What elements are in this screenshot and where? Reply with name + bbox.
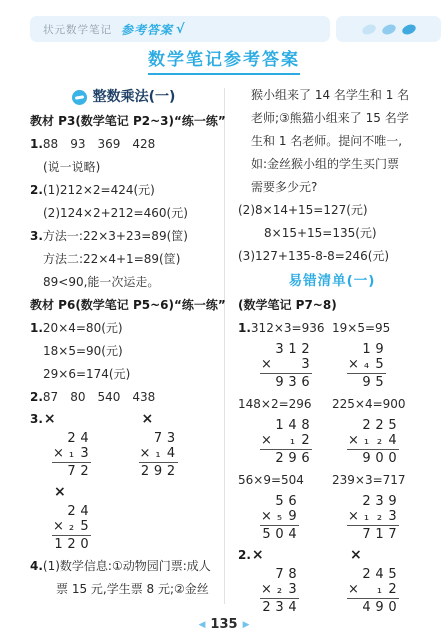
digit-cell: ₂ xyxy=(373,433,386,448)
vertical-multiplication: 19×₄595 xyxy=(347,342,386,390)
digit-cell: 1 xyxy=(286,342,299,357)
digit-cell: 3 xyxy=(373,494,386,509)
digit-cell: × xyxy=(260,509,273,524)
digit-cell: 1 xyxy=(373,527,386,542)
answer-line: 8×15+15=135(元) xyxy=(238,222,426,245)
digit-cell: 5 xyxy=(373,357,386,372)
vmult-right-slot: 73×₁4292 xyxy=(124,431,218,479)
digit-cell xyxy=(260,494,273,509)
vmult-right-slot: 245×₁2490 xyxy=(332,567,426,615)
answer-line: 89<90,能一次运走。 xyxy=(30,271,217,294)
brand-text: 状元数学笔记 xyxy=(43,22,112,37)
digit-cell: ₅ xyxy=(273,509,286,524)
answer-text: 225×4=900 xyxy=(332,393,406,416)
digit-cell: ₁ xyxy=(65,446,78,461)
digit-cell: × xyxy=(347,433,360,448)
digit-cell: 9 xyxy=(286,509,299,524)
digit-cell xyxy=(347,342,360,357)
equation-left: 56×9=504 xyxy=(238,469,332,492)
page-title: 数学笔记参考答案 xyxy=(0,45,448,70)
vmult-left-slot: 312×3936 xyxy=(238,342,332,390)
answer-line: 1.88 93 369 428 xyxy=(30,133,217,156)
digit-cell: 3 xyxy=(286,375,299,390)
vm-row-mul: ×₁2 xyxy=(347,582,399,599)
digit-cell xyxy=(360,582,373,597)
equation-left: 1.312×3=936 xyxy=(238,317,332,340)
textbook-ref-line: 教材 P6(数学笔记 P5~6)“练一练” xyxy=(30,294,217,317)
answer-line: (说一说略) xyxy=(30,156,217,179)
digit-cell: 7 xyxy=(65,464,78,479)
digit-cell: × xyxy=(347,582,360,597)
header-decoration-badge xyxy=(336,16,441,42)
vm-row-top: 225 xyxy=(347,418,399,433)
vm-row-top: 245 xyxy=(347,567,399,582)
digit-cell: × xyxy=(52,519,65,534)
item-number: 2. xyxy=(238,548,251,562)
digit-cell: ₁ xyxy=(360,433,373,448)
answer-line: 1.20×4=80(元) xyxy=(30,317,217,340)
item-number: 2. xyxy=(30,183,43,197)
vmult-left-slot: 24×₁372 xyxy=(30,431,124,479)
digit-cell: 2 xyxy=(360,567,373,582)
answer-text: (1)212×2=424(元) xyxy=(43,183,155,197)
answer-text: 87 80 540 438 xyxy=(43,390,155,404)
answer-line: 生和 1 名老师。提问不唯一, xyxy=(238,130,426,153)
answer-text: 56×9=504 xyxy=(238,469,304,492)
digit-cell xyxy=(260,451,273,466)
digit-cell xyxy=(347,418,360,433)
vertical-multiplication: 245×₁2490 xyxy=(347,567,399,615)
vm-row-res: 296 xyxy=(260,451,312,466)
vm-row-mul: ×₁₂4 xyxy=(347,433,399,450)
answer-text: (2)8×14+15=127(元) xyxy=(238,203,368,217)
equation-right: 19×5=95 xyxy=(332,317,426,340)
answer-text: 票 15 元,学生票 8 元;②金丝 xyxy=(56,582,209,596)
digit-cell: 7 xyxy=(386,527,399,542)
digit-cell: × xyxy=(347,509,360,524)
digit-cell: 8 xyxy=(286,567,299,582)
answer-line: (2)124×2+212=460(元) xyxy=(30,202,217,225)
digit-cell: 9 xyxy=(360,375,373,390)
digit-cell: 1 xyxy=(273,418,286,433)
brand-answer-label: 参考答案 xyxy=(121,21,173,38)
equation-pair: 148×2=296225×4=900 xyxy=(238,393,426,416)
digit-cell: 4 xyxy=(386,433,399,448)
vm-row-res: 900 xyxy=(347,451,399,466)
digit-cell: 0 xyxy=(78,537,91,552)
answer-line: 方法二:22×4+1=89(筐) xyxy=(30,248,217,271)
vm-row-top: 56 xyxy=(260,494,299,509)
digit-cell: 0 xyxy=(273,527,286,542)
sub-section-heading: 易错清单(一) xyxy=(238,268,426,294)
next-page-icon: ▶ xyxy=(243,620,250,630)
cross-mark-icon: × xyxy=(350,545,362,565)
equation-right: 225×4=900 xyxy=(332,393,426,416)
vm-row-top: 312 xyxy=(260,342,312,357)
answer-text: (2)124×2+212=460(元) xyxy=(43,206,188,220)
vm-row-top: 148 xyxy=(260,418,312,433)
digit-cell: ₁ xyxy=(152,446,165,461)
grading-right: × xyxy=(124,409,218,429)
vertical-multiplication-row: 148×₁2296225×₁₂4900 xyxy=(238,418,426,466)
digit-cell: 1 xyxy=(52,537,65,552)
digit-cell: × xyxy=(260,357,273,372)
column-divider xyxy=(224,88,225,604)
digit-cell: 5 xyxy=(386,567,399,582)
vmult-left-slot: 24×₂5120 xyxy=(30,504,124,552)
digit-cell xyxy=(273,433,286,448)
answer-text: (1)数学信息:①动物园门票:成人 xyxy=(43,559,211,573)
textbook-ref-line: (数学笔记 P7~8) xyxy=(238,294,426,317)
header-brand-badge: 状元数学笔记 参考答案 √ xyxy=(30,16,330,42)
digit-cell: 7 xyxy=(273,567,286,582)
vertical-multiplication-row: 56×₅9504239×₁₂3717 xyxy=(238,494,426,542)
vm-row-res: 717 xyxy=(347,527,399,542)
digit-cell: 2 xyxy=(65,431,78,446)
left-column: 整数乘法(一)教材 P3(数学笔记 P2~3)“练一练”1.88 93 369 … xyxy=(30,84,217,601)
digit-cell: 9 xyxy=(386,494,399,509)
digit-cell: × xyxy=(260,433,273,448)
vertical-multiplication-row: 24×₁37273×₁4292 xyxy=(30,431,217,479)
answer-text: 148×2=296 xyxy=(238,393,312,416)
digit-cell: ₂ xyxy=(373,509,386,524)
digit-cell: 2 xyxy=(65,537,78,552)
digit-cell: 4 xyxy=(360,600,373,615)
section-heading: 整数乘法(一) xyxy=(30,84,217,110)
digit-cell xyxy=(273,357,286,372)
answer-text: 89<90,能一次运走。 xyxy=(43,275,159,289)
digit-cell: 3 xyxy=(299,357,312,372)
digit-cell xyxy=(260,418,273,433)
digit-cell: 7 xyxy=(152,431,165,446)
cross-mark-icon: × xyxy=(44,409,56,429)
digit-cell: 2 xyxy=(78,464,91,479)
vm-row-res: 72 xyxy=(52,464,91,479)
grading-marks-row: 2.×× xyxy=(238,545,426,565)
equation-pair: 1.312×3=93619×5=95 xyxy=(238,317,426,340)
vm-row-res: 490 xyxy=(347,600,399,615)
digit-cell: ₂ xyxy=(65,519,78,534)
digit-cell: 9 xyxy=(373,342,386,357)
vm-row-mul: ×₂3 xyxy=(260,582,299,599)
vmult-left-slot: 56×₅9504 xyxy=(238,494,332,542)
digit-cell: ₁ xyxy=(373,582,386,597)
digit-cell: 6 xyxy=(299,451,312,466)
digit-cell xyxy=(52,431,65,446)
vm-row-mul: ×3 xyxy=(260,357,312,374)
digit-cell: 2 xyxy=(373,418,386,433)
digit-cell: 2 xyxy=(273,451,286,466)
vm-row-mul: ×₁4 xyxy=(139,446,178,463)
item-number: 4. xyxy=(30,559,43,573)
item-number: 2. xyxy=(30,390,43,404)
digit-cell: 7 xyxy=(360,527,373,542)
answer-text: 20×4=80(元) xyxy=(43,321,123,335)
answer-text: 29×6=174(元) xyxy=(43,367,130,381)
digit-cell: × xyxy=(52,446,65,461)
digit-cell: 4 xyxy=(78,504,91,519)
pencil-circle-icon xyxy=(72,90,87,105)
vm-row-res: 292 xyxy=(139,464,178,479)
digit-cell: 9 xyxy=(373,600,386,615)
digit-cell: 2 xyxy=(386,582,399,597)
digit-cell: 3 xyxy=(165,431,178,446)
digit-cell xyxy=(139,431,152,446)
vm-row-top: 24 xyxy=(52,504,91,519)
answer-line: 如:金丝猴小组的学生买门票 xyxy=(238,153,426,176)
vm-row-mul: ×₂5 xyxy=(52,519,91,536)
item-number: 1. xyxy=(30,137,43,151)
digit-cell: 0 xyxy=(386,600,399,615)
answer-line: 猴小组来了 14 名学生和 1 名 xyxy=(238,84,426,107)
vm-row-res: 936 xyxy=(260,375,312,390)
digit-cell xyxy=(52,464,65,479)
vertical-multiplication-row: 312×393619×₄595 xyxy=(238,342,426,390)
answer-line: 票 15 元,学生票 8 元;②金丝 xyxy=(30,578,217,601)
section-heading-text: 整数乘法(一) xyxy=(93,84,176,110)
digit-cell: 3 xyxy=(273,342,286,357)
cross-mark-icon: × xyxy=(252,545,264,565)
answer-line: 3.方法一:22×3+23=89(筐) xyxy=(30,225,217,248)
answer-text: 方法一:22×3+23=89(筐) xyxy=(43,229,188,243)
cross-mark-icon: × xyxy=(142,409,154,429)
digit-cell xyxy=(347,451,360,466)
answer-text: 如:金丝猴小组的学生买门票 xyxy=(251,157,399,171)
digit-cell: 0 xyxy=(373,451,386,466)
digit-cell: 4 xyxy=(286,527,299,542)
vertical-multiplication: 73×₁4292 xyxy=(139,431,178,479)
leaf-dot-icon xyxy=(360,22,376,36)
vertical-multiplication-row: 78×₂3234245×₁2490 xyxy=(238,567,426,615)
vertical-multiplication: 24×₁372 xyxy=(52,431,91,479)
answer-text: 8×15+15=135(元) xyxy=(264,226,377,240)
digit-cell: 4 xyxy=(165,446,178,461)
digit-cell: 9 xyxy=(286,451,299,466)
answer-line: 老师;③熊猫小组来了 15 名学 xyxy=(238,107,426,130)
digit-cell xyxy=(347,600,360,615)
answer-line: 4.(1)数学信息:①动物园门票:成人 xyxy=(30,555,217,578)
vm-row-top: 19 xyxy=(347,342,386,357)
cross-mark-icon: × xyxy=(54,482,66,502)
grading-left: 3.× xyxy=(30,409,124,429)
digit-cell xyxy=(347,375,360,390)
grading-right: × xyxy=(332,545,426,565)
digit-cell: 5 xyxy=(78,519,91,534)
digit-cell: 6 xyxy=(299,375,312,390)
digit-cell: 5 xyxy=(273,494,286,509)
vm-row-mul: ×₁3 xyxy=(52,446,91,463)
vm-row-top: 24 xyxy=(52,431,91,446)
digit-cell xyxy=(260,567,273,582)
vmult-right-slot: 225×₁₂4900 xyxy=(332,418,426,466)
grading-left: × xyxy=(30,482,124,502)
leaf-dot-icon xyxy=(400,22,416,36)
answer-text: (3)127+135-8-8=246(元) xyxy=(238,249,389,263)
digit-cell: ₁ xyxy=(286,433,299,448)
digit-cell: 2 xyxy=(260,600,273,615)
digit-cell: 3 xyxy=(78,446,91,461)
vm-row-top: 73 xyxy=(139,431,178,446)
equation-pair: 56×9=504239×3=717 xyxy=(238,469,426,492)
digit-cell: 3 xyxy=(273,600,286,615)
grading-marks-row: 3.×× xyxy=(30,409,217,429)
digit-cell: × xyxy=(139,446,152,461)
answer-text: 312×3=936 xyxy=(251,317,325,340)
digit-cell: × xyxy=(260,582,273,597)
answer-line: 2.(1)212×2=424(元) xyxy=(30,179,217,202)
vm-row-mul: ×₁₂3 xyxy=(347,509,399,526)
answer-line: (3)127+135-8-8=246(元) xyxy=(238,245,426,268)
page-title-text: 数学笔记参考答案 xyxy=(148,50,300,75)
vm-row-top: 239 xyxy=(347,494,399,509)
vmult-right-slot: 239×₁₂3717 xyxy=(332,494,426,542)
answer-text: (说一说略) xyxy=(43,160,100,174)
leaf-dot-icon xyxy=(380,22,396,36)
digit-cell: 2 xyxy=(139,464,152,479)
digit-cell: 6 xyxy=(286,494,299,509)
vertical-multiplication: 78×₂3234 xyxy=(260,567,299,615)
item-number: 3. xyxy=(30,229,43,243)
digit-cell: 9 xyxy=(152,464,165,479)
answer-text: 猴小组来了 14 名学生和 1 名 xyxy=(251,88,409,102)
answer-text: 88 93 369 428 xyxy=(43,137,155,151)
digit-cell: 2 xyxy=(165,464,178,479)
digit-cell xyxy=(260,342,273,357)
digit-cell: 2 xyxy=(299,433,312,448)
digit-cell: 5 xyxy=(260,527,273,542)
item-number: 3. xyxy=(30,412,43,426)
answer-text: 老师;③熊猫小组来了 15 名学 xyxy=(251,111,409,125)
digit-cell: 2 xyxy=(65,504,78,519)
digit-cell: 8 xyxy=(299,418,312,433)
vmult-left-slot: 148×₁2296 xyxy=(238,418,332,466)
vmult-left-slot: 78×₂3234 xyxy=(238,567,332,615)
digit-cell: 9 xyxy=(273,375,286,390)
digit-cell: ₁ xyxy=(360,509,373,524)
digit-cell: 3 xyxy=(386,509,399,524)
answer-line: 需要多少元? xyxy=(238,176,426,199)
digit-cell: ₂ xyxy=(273,582,286,597)
digit-cell: 0 xyxy=(386,451,399,466)
digit-cell: 4 xyxy=(286,418,299,433)
digit-cell xyxy=(347,494,360,509)
digit-cell xyxy=(52,504,65,519)
vm-row-res: 120 xyxy=(52,537,91,552)
answer-text: 方法二:22×4+1=89(筐) xyxy=(43,252,180,266)
vm-row-res: 504 xyxy=(260,527,299,542)
equation-right: 239×3=717 xyxy=(332,469,426,492)
vm-row-mul: ×₄5 xyxy=(347,357,386,374)
digit-cell: 3 xyxy=(286,582,299,597)
page-number: 135 xyxy=(210,617,237,632)
vertical-multiplication: 24×₂5120 xyxy=(52,504,91,552)
digit-cell xyxy=(286,357,299,372)
page-footer: ◀ 135 ▶ xyxy=(0,617,448,632)
answer-text: 19×5=95 xyxy=(332,317,390,340)
right-column: 猴小组来了 14 名学生和 1 名老师;③熊猫小组来了 15 名学生和 1 名老… xyxy=(238,84,426,618)
vm-row-res: 234 xyxy=(260,600,299,615)
digit-cell: 5 xyxy=(373,375,386,390)
answer-line: 2.87 80 540 438 xyxy=(30,386,217,409)
vm-row-mul: ×₁2 xyxy=(260,433,312,450)
item-number: 1. xyxy=(238,317,251,340)
answer-line: (2)8×14+15=127(元) xyxy=(238,199,426,222)
digit-cell xyxy=(260,375,273,390)
digit-cell: 4 xyxy=(286,600,299,615)
vertical-multiplication: 312×3936 xyxy=(260,342,312,390)
textbook-ref-line: 教材 P3(数学笔记 P2~3)“练一练” xyxy=(30,110,217,133)
vertical-multiplication: 56×₅9504 xyxy=(260,494,299,542)
digit-cell: 9 xyxy=(360,451,373,466)
vm-row-res: 95 xyxy=(347,375,386,390)
digit-cell: 2 xyxy=(299,342,312,357)
digit-cell: 1 xyxy=(360,342,373,357)
digit-cell xyxy=(347,527,360,542)
prev-page-icon: ◀ xyxy=(199,620,206,630)
item-number: 1. xyxy=(30,321,43,335)
grading-right xyxy=(124,482,218,502)
vm-row-top: 78 xyxy=(260,567,299,582)
answer-line: 18×5=90(元) xyxy=(30,340,217,363)
digit-cell: 4 xyxy=(373,567,386,582)
vmult-right-slot: 19×₄595 xyxy=(332,342,426,390)
vertical-multiplication: 239×₁₂3717 xyxy=(347,494,399,542)
grading-marks-row: × xyxy=(30,482,217,502)
grading-left: 2.× xyxy=(238,545,332,565)
answer-text: 需要多少元? xyxy=(251,180,317,194)
equation-left: 148×2=296 xyxy=(238,393,332,416)
checkmark-icon: √ xyxy=(176,22,185,37)
answer-text: 生和 1 名老师。提问不唯一, xyxy=(251,134,402,148)
digit-cell xyxy=(347,567,360,582)
vertical-multiplication: 225×₁₂4900 xyxy=(347,418,399,466)
digit-cell: 5 xyxy=(386,418,399,433)
answer-line: 29×6=174(元) xyxy=(30,363,217,386)
digit-cell: 2 xyxy=(360,494,373,509)
answer-text: 239×3=717 xyxy=(332,469,406,492)
digit-cell: 4 xyxy=(78,431,91,446)
vertical-multiplication: 148×₁2296 xyxy=(260,418,312,466)
vm-row-mul: ×₅9 xyxy=(260,509,299,526)
digit-cell: 2 xyxy=(360,418,373,433)
vertical-multiplication-row: 24×₂5120 xyxy=(30,504,217,552)
digit-cell: × xyxy=(347,357,360,372)
digit-cell: ₄ xyxy=(360,357,373,372)
answer-text: 18×5=90(元) xyxy=(43,344,123,358)
